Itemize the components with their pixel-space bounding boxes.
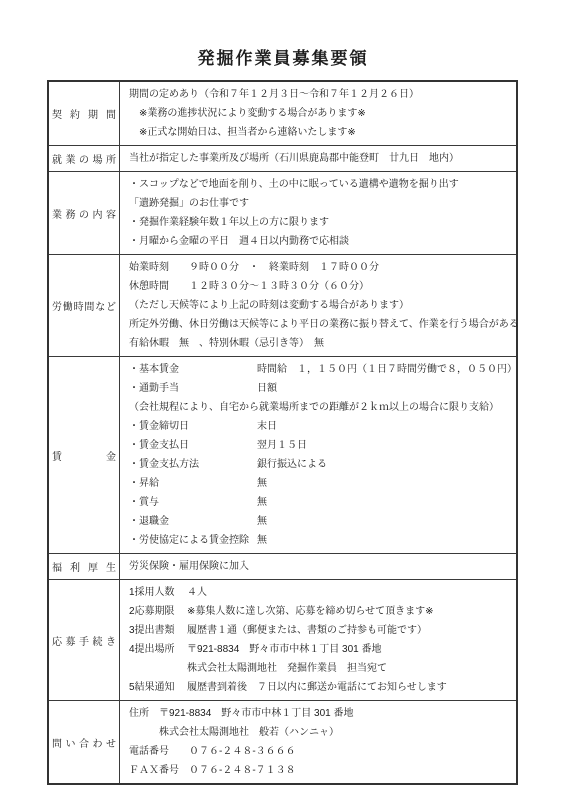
row-line: ・スコップなどで地面を削り、土の中に眠っている遺構や遺物を掘り出す <box>129 175 510 194</box>
row-line: （会社規程により、自宅から就業場所までの距離が２ｋｍ以上の場合に限り支給） <box>129 398 510 417</box>
row-line: ・賃金支払日 翌月１５日 <box>129 436 510 455</box>
row-line: ・労使協定による賃金控除 無 <box>129 531 510 550</box>
row-label: 問い合わせ <box>48 701 120 785</box>
row-line: ・月曜から金曜の平日 週４日以内勤務で応相談 <box>129 232 510 251</box>
line-value: 無 <box>257 474 510 493</box>
line-name: ・昇給 <box>129 474 257 493</box>
row-line: ・賃金締切日 末日 <box>129 417 510 436</box>
row-label: 労働時間など <box>48 255 120 357</box>
line-name: ・労使協定による賃金控除 <box>129 531 257 550</box>
row-job-description: 業務の内容 ・スコップなどで地面を削り、土の中に眠っている遺構や遺物を掘り出す … <box>48 172 517 255</box>
page-title: 発掘作業員募集要領 <box>0 0 566 69</box>
row-line: ・通勤手当 日額 <box>129 379 510 398</box>
line-name <box>129 659 187 678</box>
row-contract-period: 契約期間 期間の定めあり（令和７年１２月３日～令和７年１２月２６日） ※業務の進… <box>48 81 517 146</box>
row-line: 5結果通知 履歴書到着後 ７日以内に郵送か電話にてお知らせします <box>129 678 510 697</box>
line-value: 履歴書１通（郵便または、書類のご持参も可能です） <box>187 621 510 640</box>
line-name: 2応募期限 <box>129 602 187 621</box>
line-value: 銀行振込による <box>257 455 510 474</box>
recruitment-table: 契約期間 期間の定めあり（令和７年１２月３日～令和７年１２月２６日） ※業務の進… <box>47 80 518 785</box>
line-value: 無 <box>257 512 510 531</box>
row-contact: 問い合わせ 住所 〒921-8834 野々市市中林１丁目 301 番地 株式会社… <box>48 701 517 785</box>
row-line: 電話番号 ０７６-２４８-３６６６ <box>129 742 510 761</box>
row-label: 賃金 <box>48 357 120 554</box>
line-name: ・賞与 <box>129 493 257 512</box>
row-line: 期間の定めあり（令和７年１２月３日～令和７年１２月２６日） <box>129 85 510 104</box>
row-line: 休憩時間 １２時３０分～１３時３０分（６０分） <box>129 277 510 296</box>
line-value: 無 <box>257 493 510 512</box>
line-name: 4提出場所 <box>129 640 187 659</box>
line-name: 1採用人数 <box>129 583 187 602</box>
line-value: ４人 <box>187 583 510 602</box>
line-name: ・退職金 <box>129 512 257 531</box>
line-value: ※募集人数に達し次第、応募を締め切らせて頂きます※ <box>187 602 510 621</box>
row-line: 4提出場所 〒921-8834 野々市市中林１丁目 301 番地 <box>129 640 510 659</box>
row-application-procedure: 応募手続き 1採用人数 ４人 2応募期限 ※募集人数に達し次第、応募を締め切らせ… <box>48 580 517 701</box>
line-name: ・賃金支払日 <box>129 436 257 455</box>
row-label: 福利厚生 <box>48 554 120 580</box>
line-name: ・賃金支払方法 <box>129 455 257 474</box>
line-value: 翌月１５日 <box>257 436 510 455</box>
row-line: ・賞与 無 <box>129 493 510 512</box>
row-line: ※正式な開始日は、担当者から連絡いたします※ <box>129 123 510 142</box>
row-line: 1採用人数 ４人 <box>129 583 510 602</box>
row-line: 所定外労働、休日労働は天候等により平日の業務に振り替えて、作業を行う場合がある <box>129 315 510 334</box>
line-name: 5結果通知 <box>129 678 187 697</box>
row-welfare: 福利厚生 労災保険・雇用保険に加入 <box>48 554 517 580</box>
row-work-location: 就業の場所 当社が指定した事業所及び場所（石川県鹿島郡中能登町 廿九日 地内） <box>48 146 517 172</box>
line-value: 履歴書到着後 ７日以内に郵送か電話にてお知らせします <box>187 678 510 697</box>
line-value: 無 <box>257 531 510 550</box>
row-label: 業務の内容 <box>48 172 120 255</box>
line-value: 〒921-8834 野々市市中林１丁目 301 番地 <box>187 640 510 659</box>
row-line: 3提出書類 履歴書１通（郵便または、書類のご持参も可能です） <box>129 621 510 640</box>
line-value: 日額 <box>257 379 510 398</box>
row-label: 応募手続き <box>48 580 120 701</box>
line-name: 3提出書類 <box>129 621 187 640</box>
line-value: 末日 <box>257 417 510 436</box>
row-line: 「遺跡発掘」のお仕事です <box>129 194 510 213</box>
row-working-hours: 労働時間など 始業時刻 ９時００分 ・ 終業時刻 １７時００分 休憩時間 １２時… <box>48 255 517 357</box>
row-line: ＦＡＸ番号 ０７６-２４８-７１３８ <box>129 761 510 780</box>
row-label: 契約期間 <box>48 81 120 146</box>
line-name: ・基本賃金 <box>129 360 257 379</box>
row-line: ・賃金支払方法 銀行振込による <box>129 455 510 474</box>
line-name: ・通勤手当 <box>129 379 257 398</box>
row-line: ※業務の進捗状況により変動する場合があります※ <box>129 104 510 123</box>
row-line: 2応募期限 ※募集人数に達し次第、応募を締め切らせて頂きます※ <box>129 602 510 621</box>
row-line: 株式会社太陽測地社 発掘作業員 担当宛て <box>129 659 510 678</box>
line-name: ・賃金締切日 <box>129 417 257 436</box>
row-line: （ただし天候等により上記の時刻は変動する場合があります） <box>129 296 510 315</box>
row-wages: 賃金 ・基本賃金 時間給 １，１５０円（１日７時間労働で８，０５０円） ・通勤手… <box>48 357 517 554</box>
row-line: 株式会社太陽測地社 般若（ハンニャ） <box>129 723 510 742</box>
row-line: 当社が指定した事業所及び場所（石川県鹿島郡中能登町 廿九日 地内） <box>129 149 510 168</box>
row-line: 労災保険・雇用保険に加入 <box>129 557 510 576</box>
row-line: ・昇給 無 <box>129 474 510 493</box>
row-line: ・基本賃金 時間給 １，１５０円（１日７時間労働で８，０５０円） <box>129 360 510 379</box>
line-value: 株式会社太陽測地社 発掘作業員 担当宛て <box>187 659 510 678</box>
row-line: 始業時刻 ９時００分 ・ 終業時刻 １７時００分 <box>129 258 510 277</box>
row-line: ・発掘作業経験年数１年以上の方に限ります <box>129 213 510 232</box>
document-page: 発掘作業員募集要領 契約期間 期間の定めあり（令和７年１２月３日～令和７年１２月… <box>0 0 566 800</box>
line-value: 時間給 １，１５０円（１日７時間労働で８，０５０円） <box>257 360 517 379</box>
row-line: ・退職金 無 <box>129 512 510 531</box>
row-line: 有給休暇 無 、特別休暇（忌引き等） 無 <box>129 334 510 353</box>
row-line: 住所 〒921-8834 野々市市中林１丁目 301 番地 <box>129 704 510 723</box>
row-label: 就業の場所 <box>48 146 120 172</box>
